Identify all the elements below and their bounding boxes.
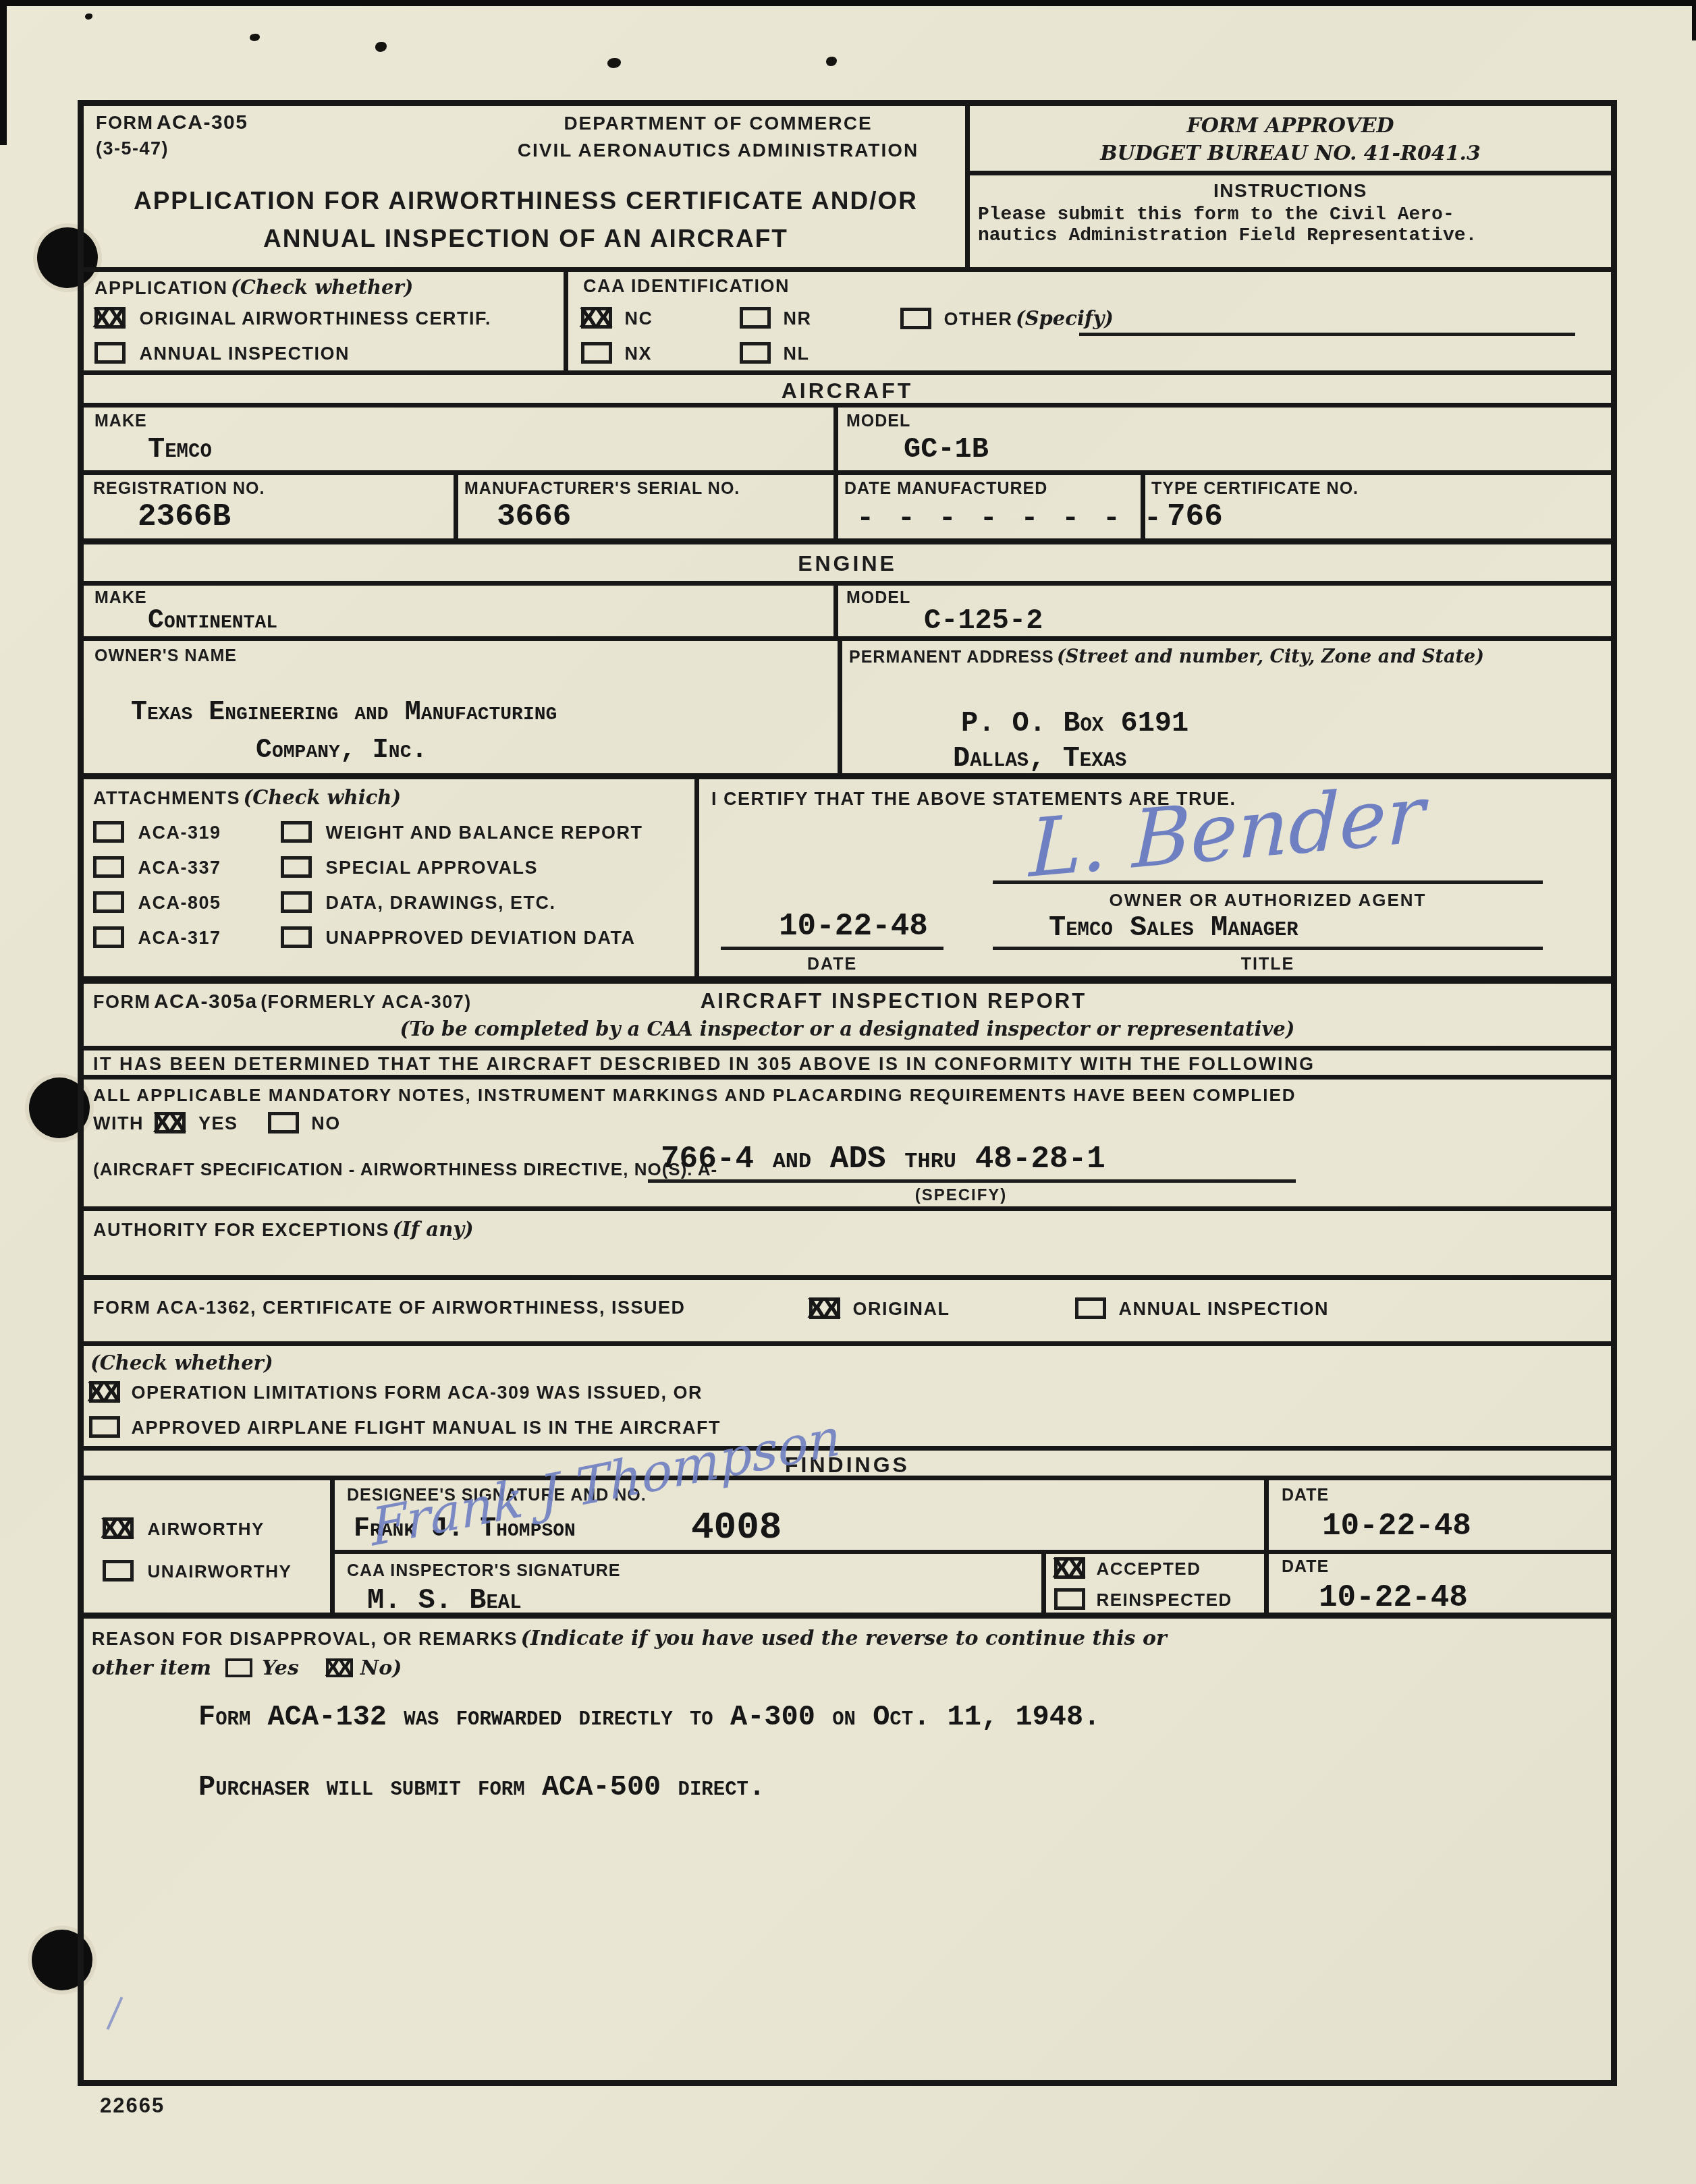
special-approvals-label: SPECIAL APPROVALS [325, 858, 538, 878]
aircraft-registration-row: REGISTRATION NO. 2366B MANUFACTURER'S SE… [84, 475, 1611, 544]
agency-block: DEPARTMENT OF COMMERCE CIVIL AERONAUTICS… [462, 113, 975, 161]
attachments-check-which: (Check which) [243, 786, 401, 809]
engine-model-label: MODEL [846, 588, 910, 608]
unairworthy-checkbox[interactable] [103, 1560, 134, 1581]
budget-approval-box: FORM APPROVED BUDGET BUREAU NO. 41-R041.… [970, 106, 1611, 175]
remarks-no-label: No) [360, 1656, 402, 1680]
remarks-yes-checkbox[interactable] [225, 1658, 252, 1677]
findings-row-divider [335, 1550, 1611, 1554]
report-form-prefix: FORM [93, 992, 151, 1012]
header-section: FORM ACA-305 (3-5-47) DEPARTMENT OF COMM… [84, 106, 1611, 272]
scan-edge-left [0, 0, 7, 145]
remarks-section: REASON FOR DISAPPROVAL, OR REMARKS (Indi… [84, 1621, 1611, 2080]
certify-date-label: DATE [721, 955, 943, 974]
spec-directive-value: 766-4 and ADS thru 48-28-1 [661, 1142, 1105, 1177]
page-title-line1: APPLICATION FOR AIRWORTHINESS CERTIFICAT… [117, 187, 934, 215]
reinspected-label: REINSPECTED [1096, 1590, 1232, 1610]
issued-annual-checkbox[interactable] [1075, 1297, 1106, 1319]
aca1362-annual-option: ANNUAL INSPECTION [1075, 1297, 1329, 1320]
nx-checkbox[interactable] [581, 342, 612, 364]
scan-edge-right [1692, 0, 1696, 40]
attachments-label-block: ATTACHMENTS (Check which) [93, 786, 401, 809]
issued-original-checkbox[interactable] [809, 1297, 840, 1319]
nl-checkbox[interactable] [740, 342, 771, 364]
accepted-checkbox[interactable] [1054, 1557, 1085, 1579]
spec-directive-line[interactable] [648, 1179, 1296, 1183]
remarks-italic1: (Indicate if you have used the reverse t… [521, 1627, 1167, 1650]
reinspected-option: REINSPECTED [1054, 1588, 1232, 1611]
report-form-number: ACA-305a [154, 990, 258, 1013]
aca317-label: ACA-317 [138, 928, 221, 948]
registration-serial-divider [454, 475, 458, 538]
instructions-title: INSTRUCTIONS [970, 180, 1611, 202]
authority-row: AUTHORITY FOR EXCEPTIONS (If any) [84, 1211, 1611, 1280]
original-airworthiness-label: ORIGINAL AIRWORTHINESS CERTIF. [139, 308, 491, 329]
certify-title-value: Temco Sales Manager [1049, 912, 1298, 944]
registration-label: REGISTRATION NO. [93, 479, 265, 499]
annual-inspection-checkbox[interactable] [94, 342, 126, 364]
aircraft-model-value: GC-1B [904, 433, 989, 466]
compliance-no-checkbox[interactable] [268, 1112, 299, 1133]
inspector-signature-label: CAA INSPECTOR'S SIGNATURE [347, 1561, 621, 1581]
aircraft-model-label: MODEL [846, 412, 910, 431]
remarks-text-line2: Purchaser will submit form ACA-500 direc… [198, 1771, 765, 1803]
budget-bureau-line: BUDGET BUREAU NO. 41-R041.3 [970, 142, 1611, 165]
remarks-label-line1: REASON FOR DISAPPROVAL, OR REMARKS (Indi… [92, 1627, 1167, 1650]
application-label: APPLICATION (Check whether) [94, 276, 414, 299]
designee-date-value: 10-22-48 [1322, 1509, 1471, 1544]
findings-section-bar: FINDINGS [84, 1451, 1611, 1480]
attachments-certify-row: ATTACHMENTS (Check which) ACA-319 ACA-33… [84, 779, 1611, 984]
flight-manual-checkbox[interactable] [89, 1416, 120, 1438]
other-checkbox[interactable] [900, 308, 931, 329]
form-number-prefix: FORM [96, 113, 153, 133]
nc-checkbox[interactable] [581, 307, 612, 329]
caa-nl-option: NL [740, 342, 809, 364]
airworthy-option: AIRWORTHY [103, 1517, 265, 1540]
other-label: OTHER [943, 309, 1012, 329]
remarks-no-checkbox[interactable] [326, 1658, 353, 1677]
specify-label: (SPECIFY) [826, 1186, 1096, 1205]
aca1362-original-option: ORIGINAL [809, 1297, 950, 1320]
findings-table: AIRWORTHY UNAIRWORTHY DESIGNEE'S SIGNATU… [84, 1480, 1611, 1619]
designee-number: 4008 [691, 1506, 782, 1549]
original-airworthiness-checkbox[interactable] [94, 307, 126, 329]
other-specify-line[interactable] [1079, 333, 1575, 336]
engine-make-label: MAKE [94, 588, 147, 608]
engine-section-bar: ENGINE [84, 544, 1611, 586]
spec-directive-label: (AIRCRAFT SPECIFICATION - AIRWORTHINESS … [93, 1159, 717, 1180]
findings-section-title: FINDINGS [84, 1453, 1611, 1478]
serial-value: 3666 [497, 499, 571, 534]
date-manufactured-value: - - - - - - - - [856, 502, 1164, 536]
attachment-aca319: ACA-319 [93, 821, 221, 843]
weight-balance-checkbox[interactable] [281, 821, 312, 843]
compliance-text: ALL APPLICABLE MANDATORY NOTES, INSTRUME… [93, 1085, 1296, 1106]
compliance-row: ALL APPLICABLE MANDATORY NOTES, INSTRUME… [84, 1080, 1611, 1211]
with-label: WITH [93, 1113, 144, 1133]
special-approvals-checkbox[interactable] [281, 856, 312, 878]
accepted-label: ACCEPTED [1096, 1559, 1201, 1579]
datemfg-typecert-divider [1141, 475, 1145, 538]
permanent-address-italic: (Street and number, City, Zone and State… [1057, 646, 1484, 667]
aca319-checkbox[interactable] [93, 821, 124, 843]
aircraft-make-label: MAKE [94, 412, 147, 431]
operation-limitations-label: OPERATION LIMITATIONS FORM ACA-309 WAS I… [131, 1382, 703, 1403]
inspector-date-value: 10-22-48 [1319, 1580, 1468, 1615]
form-number: ACA-305 [157, 111, 248, 134]
flight-manual-label: APPROVED AIRPLANE FLIGHT MANUAL IS IN TH… [131, 1418, 721, 1438]
attachments-certify-divider [694, 779, 699, 976]
aca337-label: ACA-337 [138, 858, 221, 878]
owner-name-line1: Texas Engineering and Manufacturing [131, 698, 557, 728]
aca805-checkbox[interactable] [93, 891, 124, 913]
remarks-label-line2: other item Yes No) [92, 1656, 402, 1680]
authority-if-any: (If any) [393, 1218, 474, 1241]
caa-other-option: OTHER (Specify) [900, 307, 1114, 330]
remarks-yes-label: Yes [262, 1656, 299, 1680]
report-form-number-block: FORM ACA-305a (FORMERLY ACA-307) [93, 990, 472, 1013]
aircraft-make-value: Temco [148, 433, 212, 466]
remarks-italic2: other item [92, 1656, 211, 1680]
aca337-checkbox[interactable] [93, 856, 124, 878]
accepted-option: ACCEPTED [1054, 1557, 1201, 1579]
owner-name-label: OWNER'S NAME [94, 646, 237, 666]
engine-model-value: C-125-2 [924, 605, 1043, 637]
attachment-deviation: UNAPPROVED DEVIATION DATA [281, 926, 635, 949]
aca317-checkbox[interactable] [93, 926, 124, 948]
compliance-yes-checkbox[interactable] [155, 1112, 186, 1133]
permanent-address-label-block: PERMANENT ADDRESS (Street and number, Ci… [849, 646, 1598, 667]
address-line2: Dallas, Texas [953, 742, 1126, 775]
findings-left-divider [330, 1480, 335, 1613]
type-certificate-value: 766 [1167, 499, 1223, 534]
application-caa-divider [564, 272, 568, 370]
instructions-line2: nautics Administration Field Representat… [978, 225, 1611, 246]
inspector-name: M. S. Beal [367, 1584, 522, 1617]
caa-nr-option: NR [740, 307, 811, 329]
engine-make-model-row: MAKE Continental MODEL C-125-2 [84, 586, 1611, 641]
application-check-whether: (Check whether) [231, 276, 414, 299]
caa-identification-label: CAA IDENTIFICATION [583, 276, 790, 297]
agency-line1: DEPARTMENT OF COMMERCE [462, 113, 975, 134]
operation-limitations-checkbox[interactable] [89, 1381, 120, 1403]
attachment-drawings: DATA, DRAWINGS, ETC. [281, 891, 555, 914]
authority-label-block: AUTHORITY FOR EXCEPTIONS (If any) [93, 1218, 474, 1241]
check-whether-row: (Check whether) OPERATION LIMITATIONS FO… [84, 1346, 1611, 1451]
findings-accepted-divider [1041, 1554, 1046, 1613]
certify-date-value: 10-22-48 [779, 909, 928, 944]
certify-date-line[interactable] [721, 947, 943, 950]
header-divider [965, 106, 970, 267]
unairworthy-option: UNAIRWORTHY [103, 1560, 292, 1582]
form-approved-line: FORM APPROVED [970, 114, 1611, 138]
registration-value: 2366B [138, 499, 231, 534]
certify-title-label: TITLE [993, 955, 1543, 974]
flight-manual-option: APPROVED AIRPLANE FLIGHT MANUAL IS IN TH… [89, 1416, 721, 1438]
deviation-data-label: UNAPPROVED DEVIATION DATA [325, 928, 635, 948]
attachment-aca805: ACA-805 [93, 891, 221, 914]
engine-make-model-divider [833, 586, 838, 636]
weight-balance-label: WEIGHT AND BALANCE REPORT [325, 822, 642, 843]
instructions-line1: Please submit this form to the Civil Aer… [978, 204, 1611, 225]
reinspected-checkbox[interactable] [1054, 1588, 1085, 1610]
page-title-line2: ANNUAL INSPECTION OF AN AIRCRAFT [117, 225, 934, 253]
findings-date-divider [1264, 1480, 1269, 1613]
issued-original-label: ORIGINAL [852, 1299, 950, 1319]
determined-row: IT HAS BEEN DETERMINED THAT THE AIRCRAFT… [84, 1051, 1611, 1080]
application-original-option: ORIGINAL AIRWORTHINESS CERTIF. [94, 307, 491, 329]
application-section: APPLICATION (Check whether) ORIGINAL AIR… [84, 272, 1611, 375]
attachment-special: SPECIAL APPROVALS [281, 856, 538, 878]
attachment-aca317: ACA-317 [93, 926, 221, 949]
address-line1: P. O. Box 6191 [961, 707, 1188, 739]
aca805-label: ACA-805 [138, 893, 221, 913]
serial-datemfg-divider [833, 475, 838, 538]
document-serial-number: 22665 [100, 2094, 165, 2118]
form-border: FORM ACA-305 (3-5-47) DEPARTMENT OF COMM… [78, 100, 1617, 2086]
determined-text: IT HAS BEEN DETERMINED THAT THE AIRCRAFT… [93, 1054, 1315, 1075]
airworthy-label: AIRWORTHY [147, 1519, 264, 1539]
aircraft-section-bar: AIRCRAFT [84, 375, 1611, 408]
nr-checkbox[interactable] [740, 307, 771, 329]
aca1362-label: FORM ACA-1362, CERTIFICATE OF AIRWORTHIN… [93, 1297, 686, 1318]
aircraft-make-model-row: MAKE Temco MODEL GC-1B [84, 408, 1611, 475]
data-drawings-label: DATA, DRAWINGS, ETC. [325, 893, 555, 913]
unairworthy-label: UNAIRWORTHY [147, 1561, 292, 1581]
engine-make-value: Continental [148, 606, 277, 636]
issued-annual-label: ANNUAL INSPECTION [1118, 1299, 1329, 1319]
attachments-label: ATTACHMENTS [93, 788, 240, 808]
remarks-label: REASON FOR DISAPPROVAL, OR REMARKS [92, 1629, 518, 1649]
serial-label: MANUFACTURER'S SERIAL NO. [464, 479, 740, 499]
attachment-weight: WEIGHT AND BALANCE REPORT [281, 821, 642, 843]
annual-inspection-label: ANNUAL INSPECTION [139, 343, 350, 364]
aca319-label: ACA-319 [138, 822, 221, 843]
report-title: AIRCRAFT INSPECTION REPORT [421, 989, 1366, 1013]
owner-name-line2: Company, Inc. [256, 735, 427, 766]
airworthy-checkbox[interactable] [103, 1517, 134, 1539]
nx-label: NX [624, 343, 652, 364]
permanent-address-label: PERMANENT ADDRESS [849, 648, 1054, 667]
attachment-aca337: ACA-337 [93, 856, 221, 878]
instructions-box: INSTRUCTIONS Please submit this form to … [970, 180, 1611, 246]
nl-label: NL [783, 343, 809, 364]
date-manufactured-label: DATE MANUFACTURED [844, 479, 1047, 499]
nr-label: NR [783, 308, 811, 329]
owner-agent-label: OWNER OR AUTHORIZED AGENT [993, 890, 1543, 911]
operation-limitations-option: OPERATION LIMITATIONS FORM ACA-309 WAS I… [89, 1381, 703, 1403]
owner-address-row: OWNER'S NAME Texas Engineering and Manuf… [84, 641, 1611, 779]
type-certificate-label: TYPE CERTIFICATE NO. [1151, 479, 1359, 499]
other-specify-label: (Specify) [1016, 307, 1114, 330]
agency-line2: CIVIL AERONAUTICS ADMINISTRATION [462, 140, 975, 161]
aircraft-section-title: AIRCRAFT [84, 379, 1611, 403]
caa-nx-option: NX [581, 342, 652, 364]
owner-address-divider [838, 641, 842, 773]
aca1362-row: FORM ACA-1362, CERTIFICATE OF AIRWORTHIN… [84, 1280, 1611, 1346]
aircraft-make-model-divider [833, 408, 838, 470]
nc-label: NC [624, 308, 653, 329]
report-subtitle: (To be completed by a CAA inspector or a… [84, 1017, 1611, 1040]
owner-signature: L. Bender [1029, 767, 1425, 895]
compliance-yes-no: WITH YES NO [93, 1112, 341, 1134]
inspection-report-header: FORM ACA-305a (FORMERLY ACA-307) AIRCRAF… [84, 984, 1611, 1051]
check-whether-label: (Check whether) [90, 1351, 273, 1374]
authority-label: AUTHORITY FOR EXCEPTIONS [93, 1220, 389, 1240]
certify-title-line[interactable] [993, 947, 1543, 950]
application-annual-option: ANNUAL INSPECTION [94, 342, 350, 364]
designee-date-label: DATE [1282, 1486, 1329, 1505]
inspector-date-label: DATE [1282, 1557, 1329, 1577]
engine-section-title: ENGINE [84, 551, 1611, 576]
deviation-data-checkbox[interactable] [281, 926, 312, 948]
form-revision-date: (3-5-47) [96, 138, 248, 159]
page-title: APPLICATION FOR AIRWORTHINESS CERTIFICAT… [117, 187, 934, 253]
scan-edge-top [0, 0, 1696, 6]
caa-nc-option: NC [581, 307, 653, 329]
compliance-no-label: NO [311, 1113, 341, 1133]
data-drawings-checkbox[interactable] [281, 891, 312, 913]
form-number-block: FORM ACA-305 (3-5-47) [96, 111, 248, 159]
compliance-yes-label: YES [198, 1113, 238, 1133]
remarks-text-line1: Form ACA-132 was forwarded directly to A… [198, 1701, 1100, 1733]
